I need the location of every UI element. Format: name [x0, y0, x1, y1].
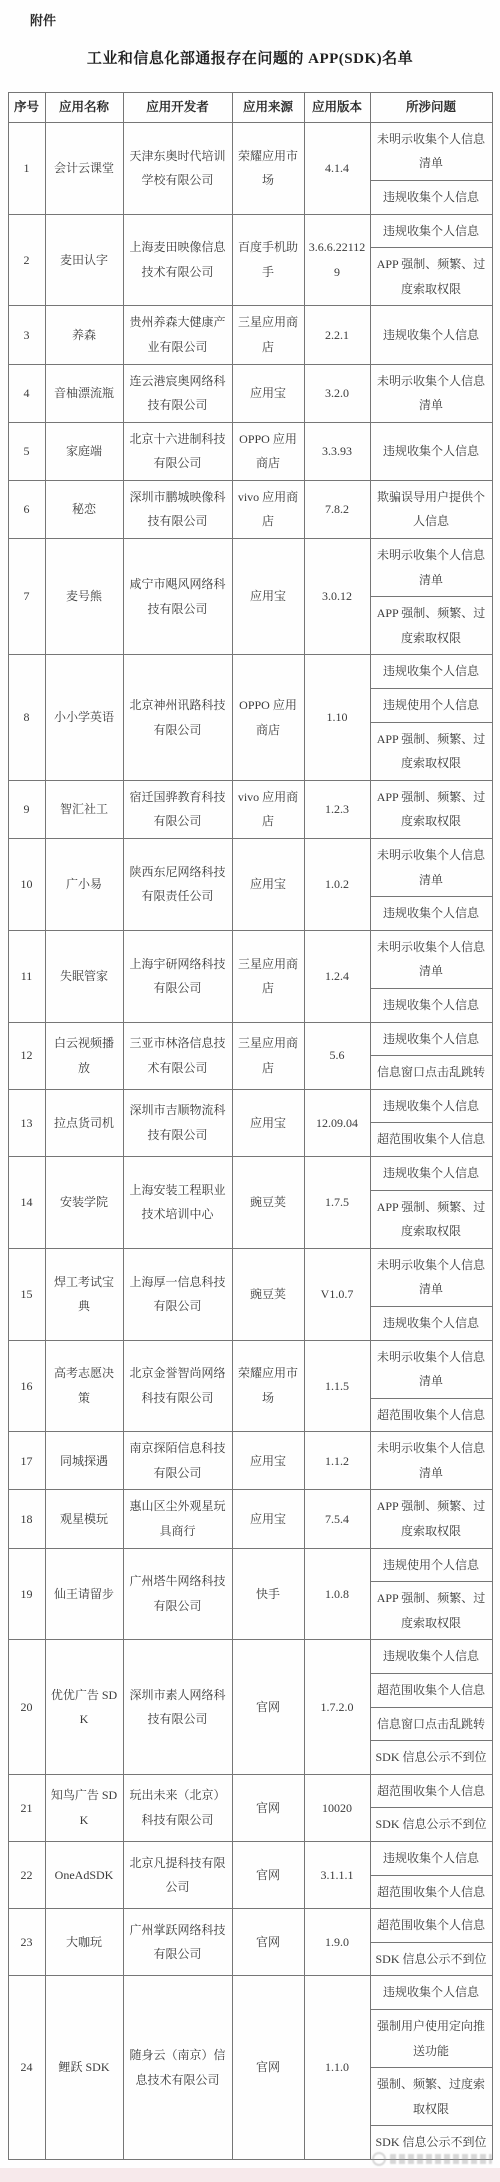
cell-issue: 未明示收集个人信息清单 [370, 122, 492, 180]
cell-version: 1.7.2.0 [304, 1640, 370, 1774]
cell-issue: SDK 信息公示不到位 [370, 1942, 492, 1976]
cell-version: 3.2.0 [304, 364, 370, 422]
cell-version: 3.6.6.221129 [304, 214, 370, 306]
watermark-text-blur [390, 2154, 492, 2164]
cell-index: 12 [8, 1022, 45, 1089]
cell-app-name: 安装学院 [45, 1156, 123, 1248]
column-header: 应用开发者 [123, 93, 232, 123]
cell-source: 应用宝 [232, 1490, 304, 1548]
cell-issue: 违规使用个人信息 [370, 689, 492, 723]
cell-version: 7.5.4 [304, 1490, 370, 1548]
table-row: 20优优广告 SDK深圳市素人网络科技有限公司官网1.7.2.0违规收集个人信息 [8, 1640, 492, 1674]
cell-developer: 贵州养森大健康产业有限公司 [123, 306, 232, 364]
cell-index: 17 [8, 1432, 45, 1490]
cell-issue: 超范围收集个人信息 [370, 1398, 492, 1432]
table-row: 23大咖玩广州掌跃网络科技有限公司官网1.9.0超范围收集个人信息 [8, 1909, 492, 1943]
cell-source: 官网 [232, 1909, 304, 1976]
cell-source: vivo 应用商店 [232, 480, 304, 538]
cell-app-name: OneAdSDK [45, 1842, 123, 1909]
watermark [372, 2152, 492, 2166]
table-row: 11失眠管家上海宇研网络科技有限公司三星应用商店1.2.4未明示收集个人信息清单 [8, 930, 492, 988]
cell-issue: APP 强制、频繁、过度索取权限 [370, 597, 492, 655]
cell-issue: 违规收集个人信息 [370, 306, 492, 364]
cell-source: 三星应用商店 [232, 306, 304, 364]
table-row: 18观星模玩惠山区尘外观星玩具商行应用宝7.5.4APP 强制、频繁、过度索取权… [8, 1490, 492, 1548]
cell-issue: 未明示收集个人信息清单 [370, 539, 492, 597]
cell-issue: 违规收集个人信息 [370, 422, 492, 480]
column-header: 应用名称 [45, 93, 123, 123]
cell-issue: APP 强制、频繁、过度索取权限 [370, 1490, 492, 1548]
table-header-row: 序号应用名称应用开发者应用来源应用版本所涉问题 [8, 93, 492, 123]
cell-issue: APP 强制、频繁、过度索取权限 [370, 1582, 492, 1640]
cell-source: 快手 [232, 1548, 304, 1640]
cell-app-name: 大咖玩 [45, 1909, 123, 1976]
cell-source: 三星应用商店 [232, 1022, 304, 1089]
cell-app-name: 麦田认字 [45, 214, 123, 306]
cell-index: 1 [8, 122, 45, 214]
cell-version: 10020 [304, 1774, 370, 1841]
cell-source: 应用宝 [232, 1432, 304, 1490]
cell-developer: 玩出未来（北京）科技有限公司 [123, 1774, 232, 1841]
cell-version: 12.09.04 [304, 1089, 370, 1156]
cell-source: 官网 [232, 1976, 304, 2160]
cell-source: 应用宝 [232, 539, 304, 655]
cell-source: 豌豆荚 [232, 1248, 304, 1340]
cell-index: 14 [8, 1156, 45, 1248]
table-row: 13拉点货司机深圳市吉顺物流科技有限公司应用宝12.09.04违规收集个人信息 [8, 1089, 492, 1123]
table-row: 3养森贵州养森大健康产业有限公司三星应用商店2.2.1违规收集个人信息 [8, 306, 492, 364]
cell-index: 15 [8, 1248, 45, 1340]
cell-version: 1.2.4 [304, 930, 370, 1022]
column-header: 应用来源 [232, 93, 304, 123]
cell-index: 19 [8, 1548, 45, 1640]
cell-developer: 咸宁市飓风网络科技有限公司 [123, 539, 232, 655]
cell-app-name: 仙王请留步 [45, 1548, 123, 1640]
cell-version: V1.0.7 [304, 1248, 370, 1340]
cell-index: 10 [8, 839, 45, 931]
cell-app-name: 音柚漂流瓶 [45, 364, 123, 422]
table-row: 4音柚漂流瓶连云港宸奥网络科技有限公司应用宝3.2.0未明示收集个人信息清单 [8, 364, 492, 422]
cell-source: 应用宝 [232, 839, 304, 931]
table-row: 9智汇社工宿迁国骅教育科技有限公司vivo 应用商店1.2.3APP 强制、频繁… [8, 780, 492, 838]
cell-source: 官网 [232, 1640, 304, 1774]
cell-issue: 违规收集个人信息 [370, 1842, 492, 1876]
cell-app-name: 麦号熊 [45, 539, 123, 655]
cell-index: 7 [8, 539, 45, 655]
cell-source: 豌豆荚 [232, 1156, 304, 1248]
cell-issue: 强制用户使用定向推送功能 [370, 2009, 492, 2067]
cell-source: vivo 应用商店 [232, 780, 304, 838]
cell-issue: 违规收集个人信息 [370, 180, 492, 214]
column-header: 应用版本 [304, 93, 370, 123]
table-row: 14安装学院上海安装工程职业技术培训中心豌豆荚1.7.5违规收集个人信息 [8, 1156, 492, 1190]
cell-app-name: 养森 [45, 306, 123, 364]
cell-issue: 强制、频繁、过度索取权限 [370, 2068, 492, 2126]
cell-developer: 深圳市鹏城映像科技有限公司 [123, 480, 232, 538]
cell-issue: 超范围收集个人信息 [370, 1123, 492, 1157]
cell-version: 3.3.93 [304, 422, 370, 480]
cell-issue: APP 强制、频繁、过度索取权限 [370, 248, 492, 306]
cell-index: 9 [8, 780, 45, 838]
cell-developer: 北京十六进制科技有限公司 [123, 422, 232, 480]
cell-app-name: 失眠管家 [45, 930, 123, 1022]
cell-developer: 深圳市素人网络科技有限公司 [123, 1640, 232, 1774]
cell-index: 22 [8, 1842, 45, 1909]
cell-issue: 未明示收集个人信息清单 [370, 1248, 492, 1306]
cell-issue: 超范围收集个人信息 [370, 1909, 492, 1943]
cell-index: 21 [8, 1774, 45, 1841]
cell-issue: 信息窗口点击乱跳转 [370, 1707, 492, 1741]
cell-app-name: 会计云课堂 [45, 122, 123, 214]
cell-issue: 超范围收集个人信息 [370, 1674, 492, 1708]
cell-developer: 上海宇研网络科技有限公司 [123, 930, 232, 1022]
cell-issue: 超范围收集个人信息 [370, 1875, 492, 1909]
cell-issue: 未明示收集个人信息清单 [370, 839, 492, 897]
cell-app-name: 鲤跃 SDK [45, 1976, 123, 2160]
cell-issue: 违规收集个人信息 [370, 897, 492, 931]
table-row: 10广小易陕西东尼网络科技有限责任公司应用宝1.0.2未明示收集个人信息清单 [8, 839, 492, 897]
cell-version: 4.1.4 [304, 122, 370, 214]
cell-index: 20 [8, 1640, 45, 1774]
cell-version: 1.1.2 [304, 1432, 370, 1490]
table-row: 15焊工考试宝典上海厚一信息科技有限公司豌豆荚V1.0.7未明示收集个人信息清单 [8, 1248, 492, 1306]
cell-issue: 违规使用个人信息 [370, 1548, 492, 1582]
cell-index: 5 [8, 422, 45, 480]
cell-version: 2.2.1 [304, 306, 370, 364]
cell-version: 1.0.2 [304, 839, 370, 931]
cell-app-name: 白云视频播放 [45, 1022, 123, 1089]
cell-issue: SDK 信息公示不到位 [370, 1808, 492, 1842]
cell-source: 百度手机助手 [232, 214, 304, 306]
table-row: 24鲤跃 SDK随身云（南京）信息技术有限公司官网1.1.0违规收集个人信息 [8, 1976, 492, 2010]
column-header: 序号 [8, 93, 45, 123]
cell-index: 23 [8, 1909, 45, 1976]
cell-app-name: 拉点货司机 [45, 1089, 123, 1156]
cell-app-name: 秘恋 [45, 480, 123, 538]
cell-issue: 违规收集个人信息 [370, 1976, 492, 2010]
cell-issue: 违规收集个人信息 [370, 1306, 492, 1340]
cell-source: 官网 [232, 1774, 304, 1841]
cell-app-name: 优优广告 SDK [45, 1640, 123, 1774]
table-row: 7麦号熊咸宁市飓风网络科技有限公司应用宝3.0.12未明示收集个人信息清单 [8, 539, 492, 597]
cell-issue: APP 强制、频繁、过度索取权限 [370, 780, 492, 838]
cell-app-name: 小小学英语 [45, 655, 123, 780]
cell-source: 荣耀应用市场 [232, 122, 304, 214]
cell-source: 荣耀应用市场 [232, 1340, 304, 1432]
cell-issue: 违规收集个人信息 [370, 655, 492, 689]
column-header: 所涉问题 [370, 93, 492, 123]
cell-index: 24 [8, 1976, 45, 2160]
cell-version: 7.8.2 [304, 480, 370, 538]
cell-app-name: 广小易 [45, 839, 123, 931]
cell-app-name: 焊工考试宝典 [45, 1248, 123, 1340]
cell-developer: 北京凡提科技有限公司 [123, 1842, 232, 1909]
cell-app-name: 知鸟广告 SDK [45, 1774, 123, 1841]
cell-index: 6 [8, 480, 45, 538]
document-page: 附件 工业和信息化部通报存在问题的 APP(SDK)名单 序号应用名称应用开发者… [0, 0, 500, 2182]
table-row: 1会计云课堂天津东奥时代培训学校有限公司荣耀应用市场4.1.4未明示收集个人信息… [8, 122, 492, 180]
cell-index: 18 [8, 1490, 45, 1548]
cell-issue: 违规收集个人信息 [370, 1022, 492, 1056]
cell-developer: 南京探陌信息科技有限公司 [123, 1432, 232, 1490]
table-row: 16高考志愿决策北京金誉智尚网络科技有限公司荣耀应用市场1.1.5未明示收集个人… [8, 1340, 492, 1398]
cell-app-name: 同城探遇 [45, 1432, 123, 1490]
table-row: 5家庭端北京十六进制科技有限公司OPPO 应用商店3.3.93违规收集个人信息 [8, 422, 492, 480]
cell-version: 1.10 [304, 655, 370, 780]
cell-developer: 北京神州讯路科技有限公司 [123, 655, 232, 780]
cell-issue: APP 强制、频繁、过度索取权限 [370, 722, 492, 780]
cell-index: 13 [8, 1089, 45, 1156]
cell-version: 3.0.12 [304, 539, 370, 655]
cell-issue: 超范围收集个人信息 [370, 1774, 492, 1808]
cell-developer: 广州掌跃网络科技有限公司 [123, 1909, 232, 1976]
cell-developer: 宿迁国骅教育科技有限公司 [123, 780, 232, 838]
table-row: 19仙王请留步广州塔牛网络科技有限公司快手1.0.8违规使用个人信息 [8, 1548, 492, 1582]
cell-developer: 天津东奥时代培训学校有限公司 [123, 122, 232, 214]
table-row: 6秘恋深圳市鹏城映像科技有限公司vivo 应用商店7.8.2欺骗误导用户提供个人… [8, 480, 492, 538]
cell-developer: 北京金誉智尚网络科技有限公司 [123, 1340, 232, 1432]
cell-developer: 陕西东尼网络科技有限责任公司 [123, 839, 232, 931]
table-row: 8小小学英语北京神州讯路科技有限公司OPPO 应用商店1.10违规收集个人信息 [8, 655, 492, 689]
cell-version: 5.6 [304, 1022, 370, 1089]
cell-developer: 深圳市吉顺物流科技有限公司 [123, 1089, 232, 1156]
table-row: 22OneAdSDK北京凡提科技有限公司官网3.1.1.1违规收集个人信息 [8, 1842, 492, 1876]
page-title: 工业和信息化部通报存在问题的 APP(SDK)名单 [6, 47, 494, 68]
cell-version: 3.1.1.1 [304, 1842, 370, 1909]
cell-app-name: 家庭端 [45, 422, 123, 480]
cell-source: 官网 [232, 1842, 304, 1909]
cell-source: OPPO 应用商店 [232, 422, 304, 480]
cell-developer: 上海麦田映像信息技术有限公司 [123, 214, 232, 306]
cell-developer: 上海厚一信息科技有限公司 [123, 1248, 232, 1340]
cell-version: 1.7.5 [304, 1156, 370, 1248]
table-body: 1会计云课堂天津东奥时代培训学校有限公司荣耀应用市场4.1.4未明示收集个人信息… [8, 122, 492, 2159]
cell-version: 1.1.0 [304, 1976, 370, 2160]
cell-index: 3 [8, 306, 45, 364]
cell-issue: 违规收集个人信息 [370, 1089, 492, 1123]
cell-app-name: 高考志愿决策 [45, 1340, 123, 1432]
cell-issue: 未明示收集个人信息清单 [370, 364, 492, 422]
cell-developer: 上海安装工程职业技术培训中心 [123, 1156, 232, 1248]
table-row: 21知鸟广告 SDK玩出未来（北京）科技有限公司官网10020超范围收集个人信息 [8, 1774, 492, 1808]
cell-source: 三星应用商店 [232, 930, 304, 1022]
cell-source: 应用宝 [232, 1089, 304, 1156]
table-row: 17同城探遇南京探陌信息科技有限公司应用宝1.1.2未明示收集个人信息清单 [8, 1432, 492, 1490]
cell-issue: 信息窗口点击乱跳转 [370, 1056, 492, 1090]
cell-developer: 三亚市林洛信息技术有限公司 [123, 1022, 232, 1089]
cell-index: 2 [8, 214, 45, 306]
cell-developer: 惠山区尘外观星玩具商行 [123, 1490, 232, 1548]
table-row: 12白云视频播放三亚市林洛信息技术有限公司三星应用商店5.6违规收集个人信息 [8, 1022, 492, 1056]
cell-index: 11 [8, 930, 45, 1022]
cell-version: 1.1.5 [304, 1340, 370, 1432]
app-issue-table: 序号应用名称应用开发者应用来源应用版本所涉问题 1会计云课堂天津东奥时代培训学校… [8, 92, 493, 2160]
cell-source: OPPO 应用商店 [232, 655, 304, 780]
cell-issue: 未明示收集个人信息清单 [370, 930, 492, 988]
cell-app-name: 观星模玩 [45, 1490, 123, 1548]
cell-issue: APP 强制、频繁、过度索取权限 [370, 1190, 492, 1248]
cell-developer: 连云港宸奥网络科技有限公司 [123, 364, 232, 422]
footer-strip [0, 2168, 500, 2182]
cell-issue: 未明示收集个人信息清单 [370, 1432, 492, 1490]
cell-issue: 违规收集个人信息 [370, 988, 492, 1022]
attachment-label: 附件 [30, 10, 500, 29]
cell-developer: 广州塔牛网络科技有限公司 [123, 1548, 232, 1640]
watermark-logo-icon [372, 2152, 386, 2166]
table-row: 2麦田认字上海麦田映像信息技术有限公司百度手机助手3.6.6.221129违规收… [8, 214, 492, 248]
cell-index: 4 [8, 364, 45, 422]
cell-issue: 未明示收集个人信息清单 [370, 1340, 492, 1398]
cell-issue: 欺骗误导用户提供个人信息 [370, 480, 492, 538]
cell-version: 1.9.0 [304, 1909, 370, 1976]
cell-index: 16 [8, 1340, 45, 1432]
cell-version: 1.0.8 [304, 1548, 370, 1640]
cell-source: 应用宝 [232, 364, 304, 422]
cell-issue: 违规收集个人信息 [370, 1640, 492, 1674]
cell-issue: SDK 信息公示不到位 [370, 1741, 492, 1775]
cell-issue: 违规收集个人信息 [370, 214, 492, 248]
cell-index: 8 [8, 655, 45, 780]
cell-version: 1.2.3 [304, 780, 370, 838]
cell-issue: 违规收集个人信息 [370, 1156, 492, 1190]
cell-developer: 随身云（南京）信息技术有限公司 [123, 1976, 232, 2160]
cell-app-name: 智汇社工 [45, 780, 123, 838]
